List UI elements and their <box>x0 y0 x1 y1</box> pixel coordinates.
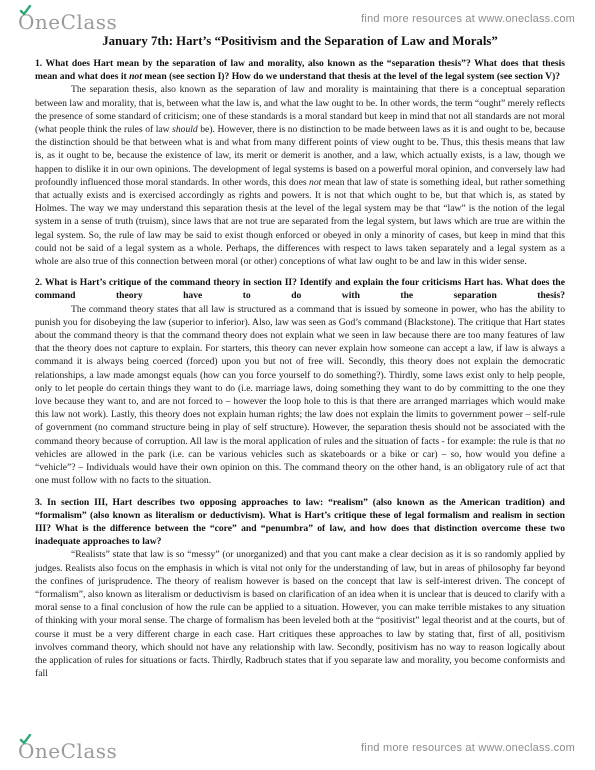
document-body: January 7th: Hart’s “Positivism and the … <box>0 32 595 680</box>
find-resources-link[interactable]: find more resources at www.oneclass.com <box>361 742 575 754</box>
answer-2: The command theory states that all law i… <box>35 303 565 488</box>
brand-text: OneClass <box>18 10 117 34</box>
answer-2-text: vehicles are allowed in the park (i.e. c… <box>35 449 565 486</box>
answer-2-emphasis: no <box>555 436 565 447</box>
question-3: 3. In section III, Hart describes two op… <box>35 496 565 549</box>
brand-text: OneClass <box>18 739 117 763</box>
answer-2-text: The command theory states that all law i… <box>35 304 565 447</box>
oneclass-logo: OneClass <box>18 735 117 761</box>
document-page: OneClass find more resources at www.onec… <box>0 0 595 770</box>
question-1-emphasis: not <box>129 71 142 82</box>
answer-1-emphasis: not <box>309 177 321 188</box>
sprout-icon <box>19 5 32 15</box>
answer-1-emphasis: should <box>172 124 198 135</box>
qa-section-2: 2. What is Hart’s critique of the comman… <box>35 276 565 487</box>
qa-section-3: 3. In section III, Hart describes two op… <box>35 496 565 681</box>
answer-1-text: mean that law of state is something idea… <box>35 177 565 267</box>
answer-3: “Realists” state that law is so “messy” … <box>35 548 565 680</box>
qa-section-1: 1. What does Hart mean by the separation… <box>35 57 565 268</box>
question-1: 1. What does Hart mean by the separation… <box>35 57 565 83</box>
header: OneClass find more resources at www.onec… <box>0 2 595 36</box>
question-2: 2. What is Hart’s critique of the comman… <box>35 276 565 302</box>
page-title: January 7th: Hart’s “Positivism and the … <box>35 34 565 49</box>
footer: OneClass find more resources at www.onec… <box>0 728 595 768</box>
oneclass-logo: OneClass <box>18 6 117 32</box>
sprout-icon <box>19 734 32 744</box>
question-1-text: mean (see section I)? How do we understa… <box>142 71 560 82</box>
find-resources-link[interactable]: find more resources at www.oneclass.com <box>361 13 575 25</box>
answer-1: The separation thesis, also known as the… <box>35 83 565 268</box>
